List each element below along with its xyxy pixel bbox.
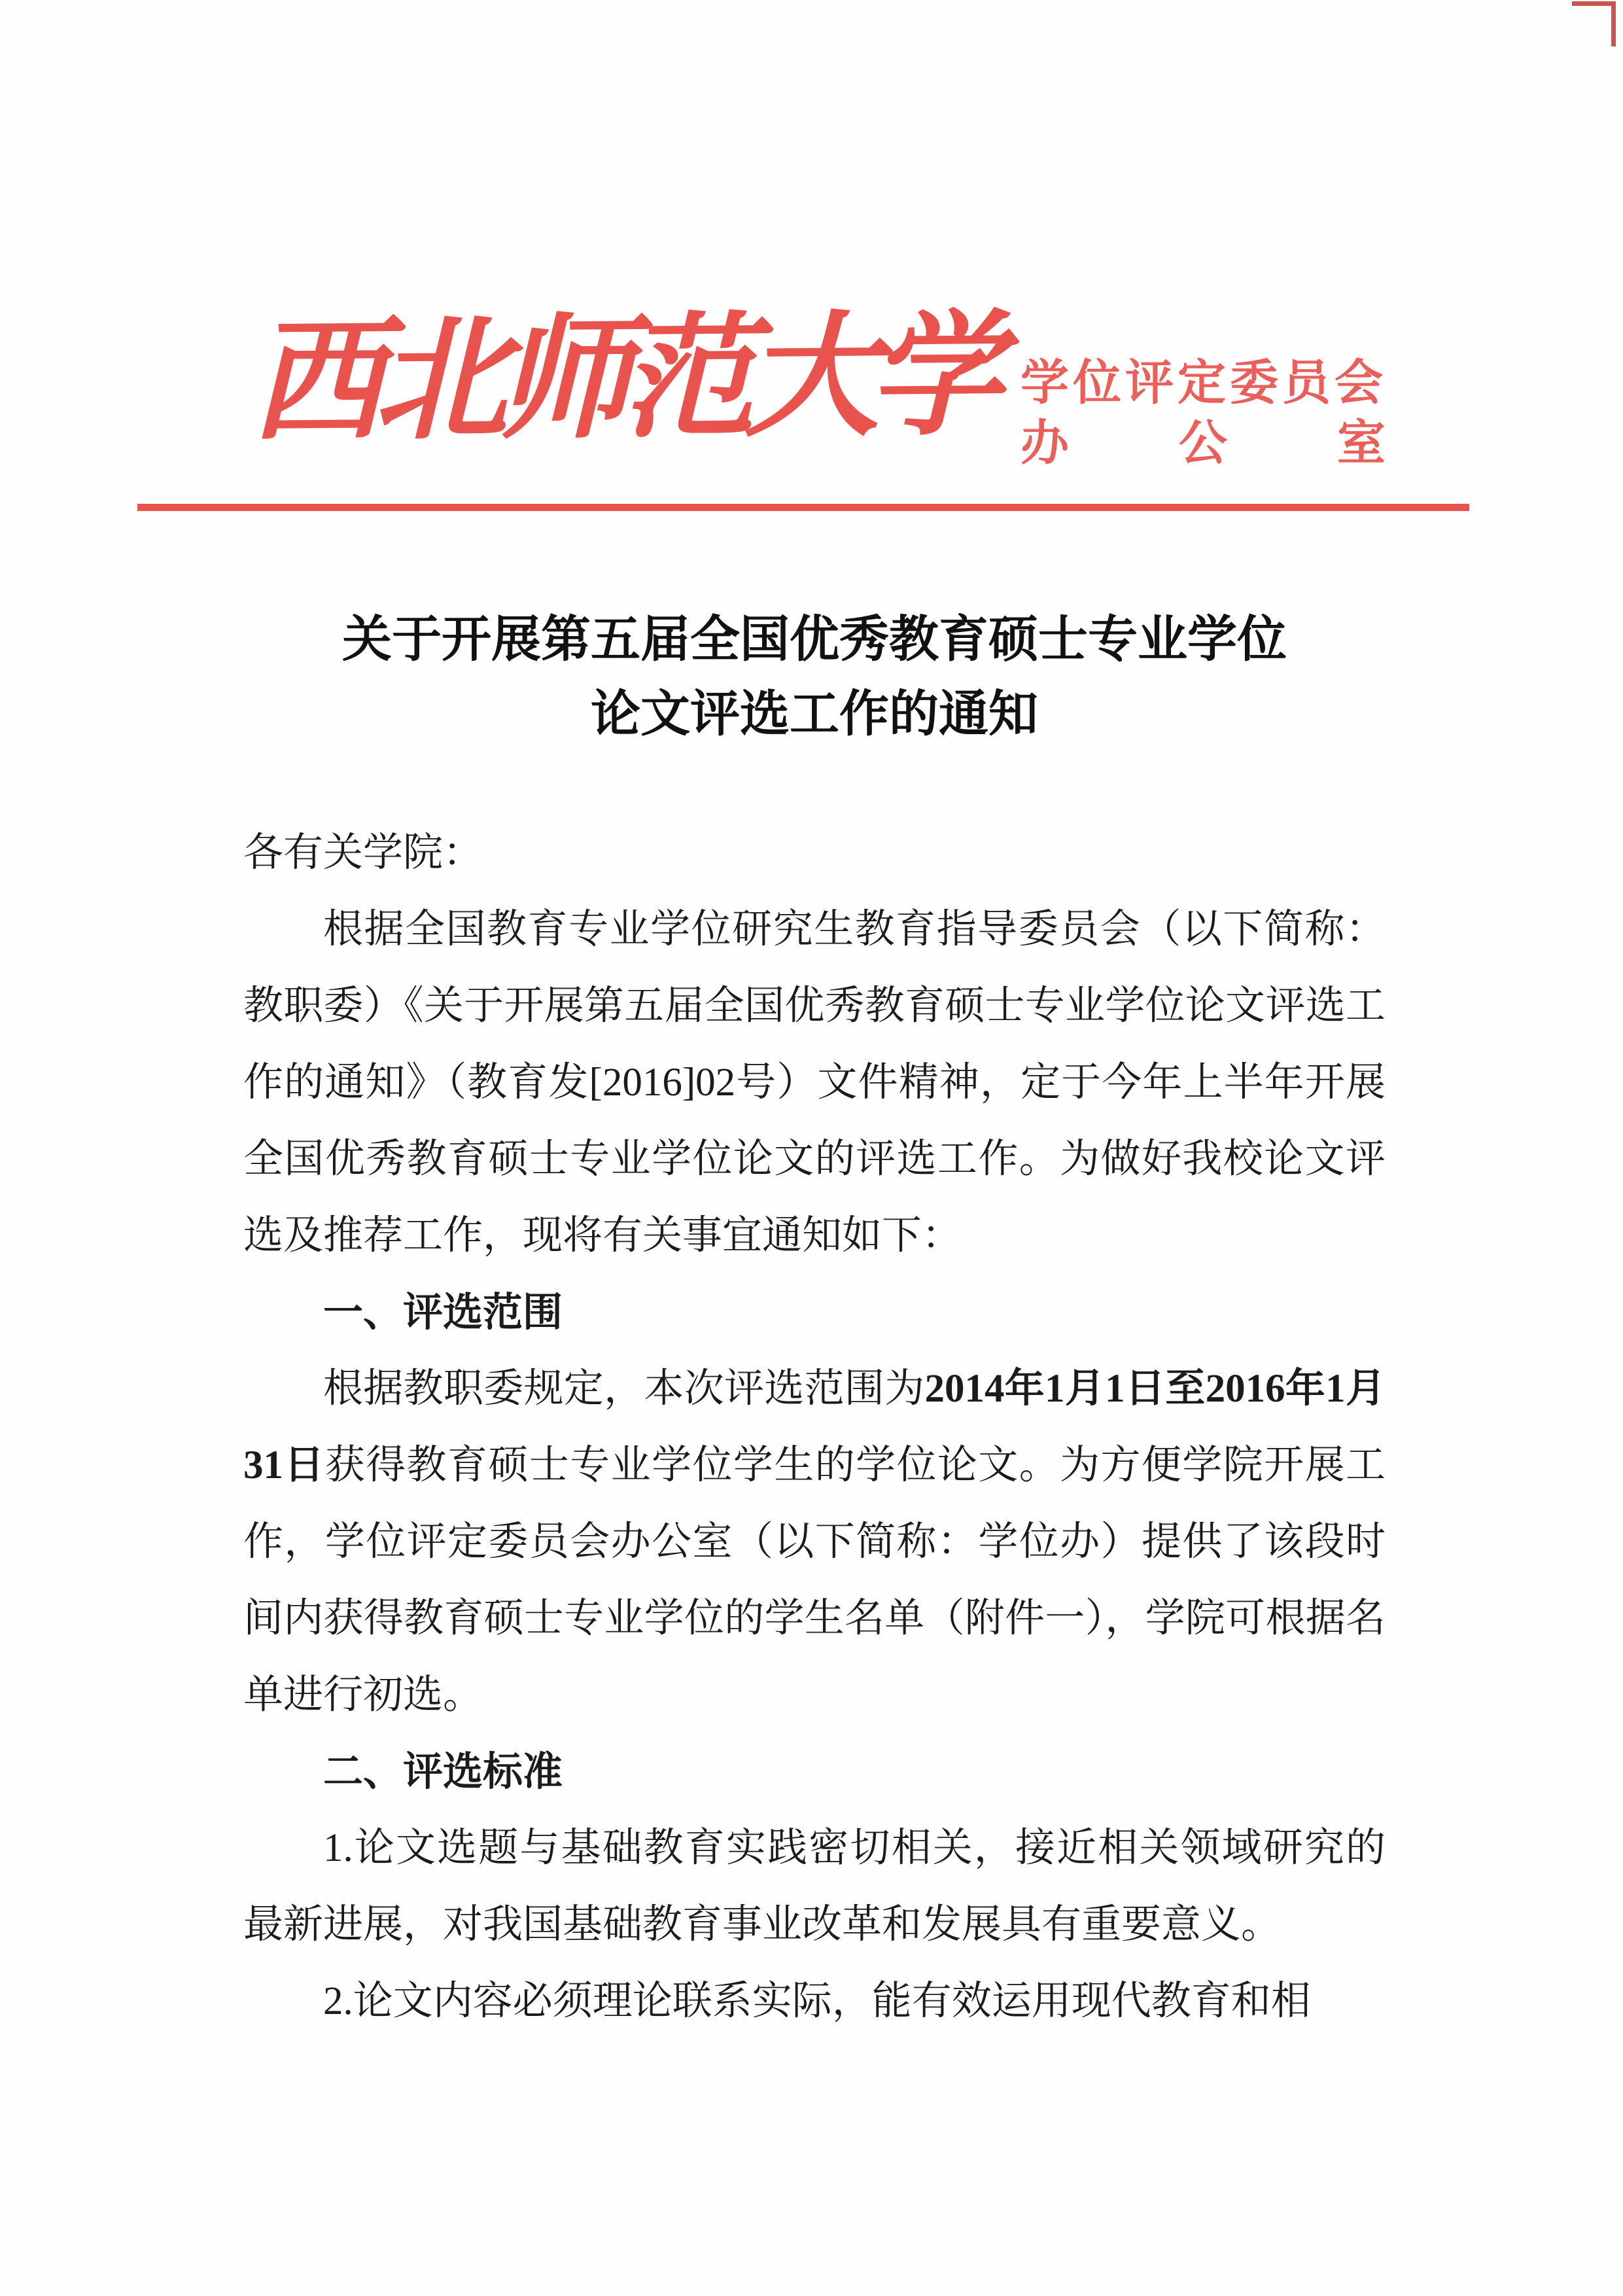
title-line-2: 论文评选工作的通知 — [243, 677, 1386, 752]
salutation: 各有关学院： — [243, 815, 1386, 891]
office-name: 学位评定委员会 办 公 室 — [1021, 359, 1386, 467]
section-1-heading: 一、评选范围 — [243, 1274, 1386, 1351]
paragraph-scope: 根据教职委规定，本次评选范围为2014年1月1日至2016年1月31日获得教育硕… — [243, 1351, 1386, 1733]
letterhead: 西北师范大学 学位评定委员会 办 公 室 — [0, 0, 1623, 511]
section-2-heading: 二、评选标准 — [243, 1733, 1386, 1810]
office-name-line1: 学位评定委员会 — [1021, 359, 1386, 407]
document-body: 关于开展第五届全国优秀教育硕士专业学位 论文评选工作的通知 各有关学院： 根据全… — [243, 511, 1386, 2040]
paragraph-intro: 根据全国教育专业学位研究生教育指导委员会（以下简称：教职委）《关于开展第五届全国… — [243, 891, 1386, 1274]
document-title: 关于开展第五届全国优秀教育硕士专业学位 论文评选工作的通知 — [243, 603, 1386, 752]
scope-text-post: 获得教育硕士专业学位学生的学位论文。为方便学院开展工作，学位评定委员会办公室（以… — [243, 1443, 1386, 1717]
letterhead-divider — [137, 504, 1469, 511]
university-logo-calligraphy: 西北师范大学 — [249, 309, 992, 450]
paragraph-criteria-2: 2.论文内容必须理论联系实际，能有效运用现代教育和相 — [243, 1963, 1386, 2040]
office-char: 公 — [1179, 419, 1227, 467]
paragraph-criteria-1: 1.论文选题与基础教育实践密切相关，接近相关领域研究的最新进展，对我国基础教育事… — [243, 1810, 1386, 1963]
scope-text-pre: 根据教职委规定，本次评选范围为 — [323, 1367, 924, 1411]
office-name-line2: 办 公 室 — [1021, 419, 1386, 467]
title-line-1: 关于开展第五届全国优秀教育硕士专业学位 — [243, 603, 1386, 677]
document-page: 西北师范大学 学位评定委员会 办 公 室 关于开展第五届全国优秀教育硕士专业学位… — [0, 0, 1623, 2296]
office-char: 室 — [1337, 419, 1386, 467]
office-char: 办 — [1021, 419, 1069, 467]
